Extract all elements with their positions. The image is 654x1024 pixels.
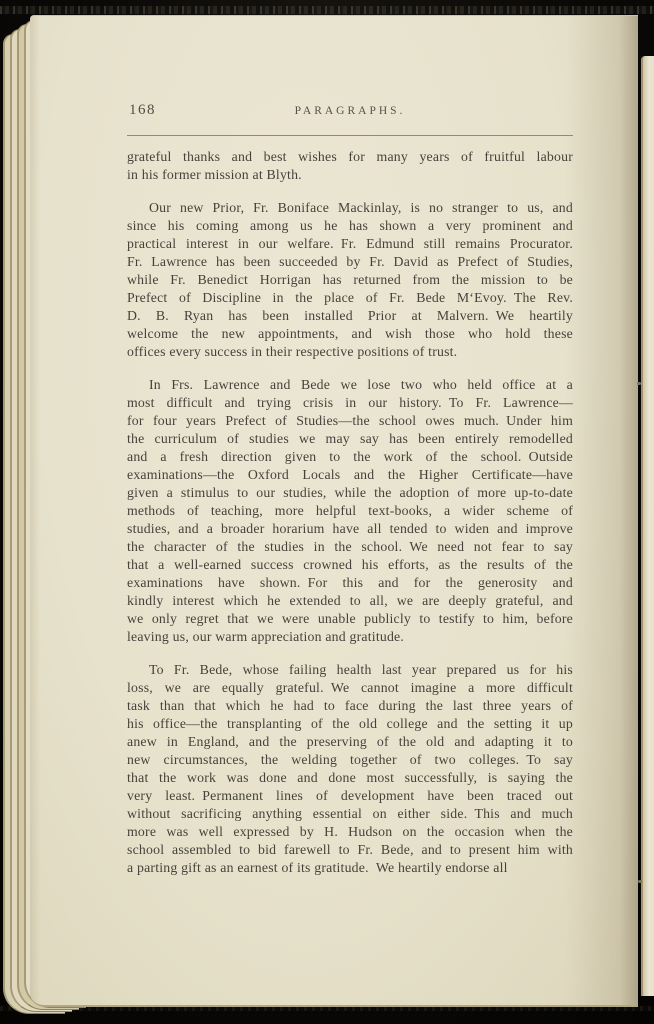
text-line: studies, and a broader horarium have all… (127, 520, 573, 538)
text-line: grateful thanks and best wishes for many… (127, 148, 573, 166)
text-line: given a stimulus to our studies, while t… (127, 484, 573, 502)
text-line: examinations have shown. For this and fo… (127, 574, 573, 592)
gutter-crease-mark (638, 880, 642, 883)
text-line: offices every success in their respectiv… (127, 343, 573, 361)
text-line: methods of teaching, more helpful text-b… (127, 502, 573, 520)
text-line: since his coming among us he has shown a… (127, 217, 573, 235)
paragraph: grateful thanks and best wishes for many… (127, 148, 573, 184)
text-line: the curriculum of studies we may say has… (127, 430, 573, 448)
book-page: 168 PARAGRAPHS. grateful thanks and best… (30, 15, 638, 1007)
next-page-edge (641, 56, 654, 996)
text-line: and a fresh direction given to the work … (127, 448, 573, 466)
page-text-block: 168 PARAGRAPHS. grateful thanks and best… (127, 102, 573, 892)
text-line: while Fr. Benedict Horrigan has returned… (127, 271, 573, 289)
text-line: that the work was done and done most suc… (127, 769, 573, 787)
book-cover-top-edge (0, 6, 654, 14)
paragraph: In Frs. Lawrence and Bede we lose two wh… (127, 376, 573, 646)
running-head: PARAGRAPHS. (127, 105, 573, 117)
text-line: we only regret that we were unable publi… (127, 610, 573, 628)
text-line: a parting gift as an earnest of its grat… (127, 859, 573, 877)
text-line: To Fr. Bede, whose failing health last y… (127, 661, 573, 679)
paragraph: To Fr. Bede, whose failing health last y… (127, 661, 573, 877)
text-line: leaving us, our warm appreciation and gr… (127, 628, 573, 646)
text-line: anew in England, and the preserving of t… (127, 733, 573, 751)
text-line: task than that which he had to face duri… (127, 697, 573, 715)
header-rule (127, 135, 573, 136)
book-photo-scene: 168 PARAGRAPHS. grateful thanks and best… (0, 0, 654, 1024)
page-header: 168 PARAGRAPHS. (127, 102, 573, 122)
text-line: In Frs. Lawrence and Bede we lose two wh… (127, 376, 573, 394)
text-line: D. B. Ryan has been installed Prior at M… (127, 307, 573, 325)
text-line: more was well expressed by H. Hudson on … (127, 823, 573, 841)
text-line: new circumstances, the welding together … (127, 751, 573, 769)
page-paragraphs: grateful thanks and best wishes for many… (127, 148, 573, 877)
text-line: Prefect of Discipline in the place of Fr… (127, 289, 573, 307)
text-line: most difficult and trying crisis in our … (127, 394, 573, 412)
text-line: Our new Prior, Fr. Boniface Mackinlay, i… (127, 199, 573, 217)
text-line: in his former mission at Blyth. (127, 166, 573, 184)
text-line: very least. Permanent lines of developme… (127, 787, 573, 805)
text-line: that a well-earned success crowned his e… (127, 556, 573, 574)
paragraph: Our new Prior, Fr. Boniface Mackinlay, i… (127, 199, 573, 361)
text-line: school assembled to bid farewell to Fr. … (127, 841, 573, 859)
text-line: kindly interest which he extended to all… (127, 592, 573, 610)
text-line: without sacrificing anything essential o… (127, 805, 573, 823)
text-line: the character of the studies in the scho… (127, 538, 573, 556)
gutter-crease-mark (637, 382, 641, 385)
text-line: Fr. Lawrence has been succeeded by Fr. D… (127, 253, 573, 271)
text-line: practical interest in our welfare. Fr. E… (127, 235, 573, 253)
text-line: examinations—the Oxford Locals and the H… (127, 466, 573, 484)
text-line: his office—the transplanting of the old … (127, 715, 573, 733)
text-line: loss, we are equally grateful. We cannot… (127, 679, 573, 697)
text-line: for four years Prefect of Studies—the sc… (127, 412, 573, 430)
text-line: welcome the new appointments, and wish t… (127, 325, 573, 343)
